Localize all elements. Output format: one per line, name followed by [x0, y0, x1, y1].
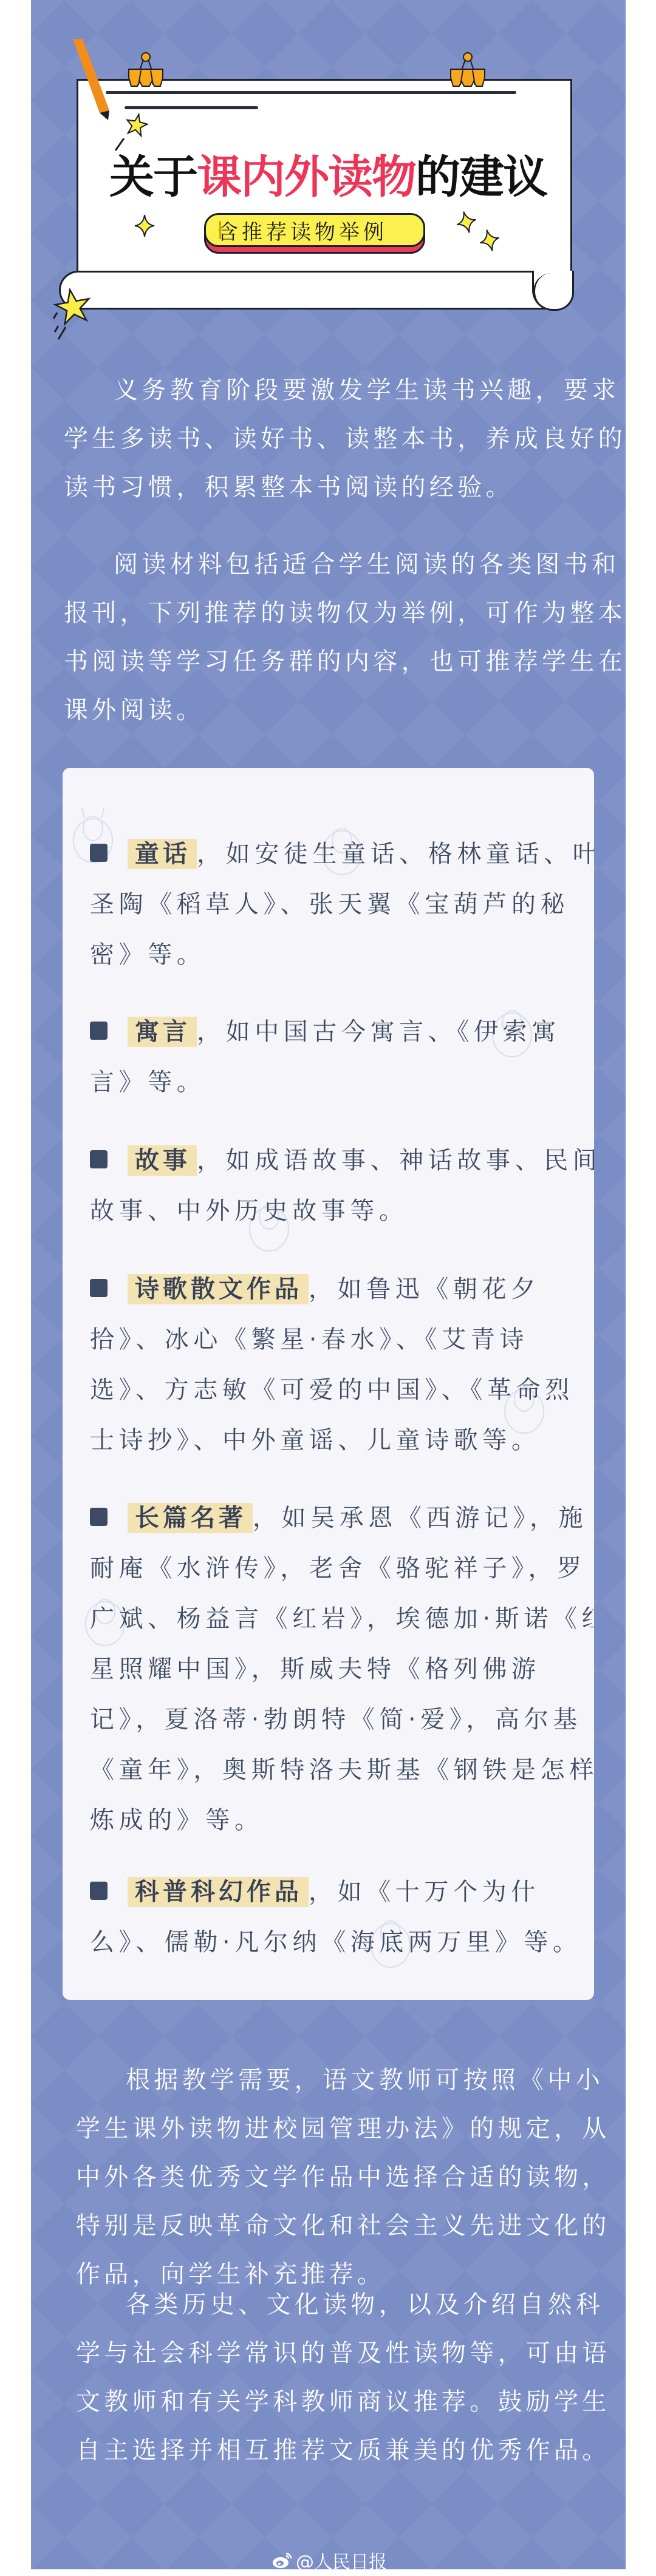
list-item-text: ，如安徒生童话、格林童话、叶	[197, 840, 594, 868]
text-line: 学与社会科学常识的普及性读物等，可由语	[76, 2329, 610, 2378]
square-bullet-icon	[90, 1279, 108, 1297]
text-line: 特别是反映革命文化和社会主义先进文化的	[76, 2201, 610, 2250]
text-line: 选》、方志敏《可爱的中国》、《革命烈	[90, 1365, 576, 1415]
list-item-stories: 故事，如成语故事、神话故事、民间 故事、中外历史故事等。	[90, 1136, 576, 1236]
text-line: 《童年》，奥斯特洛夫斯基《钢铁是怎样	[90, 1745, 576, 1795]
square-bullet-icon	[90, 1508, 108, 1526]
sparkle-icon	[134, 214, 155, 238]
text-line: 学生课外读物进校园管理办法》的规定，从	[76, 2104, 610, 2153]
text-line: 密》等。	[90, 930, 576, 980]
text-line: 故事、中外历史故事等。	[90, 1186, 576, 1236]
list-item-text: ，如鲁迅《朝花夕	[309, 1275, 540, 1303]
square-bullet-icon	[90, 1022, 108, 1040]
sparkle-icon	[456, 210, 477, 234]
category-tag: 寓言	[128, 1017, 197, 1047]
category-tag: 故事	[128, 1145, 197, 1176]
list-item-fairy-tales: 童话，如安徒生童话、格林童话、叶 圣陶《稻草人》、张天翼《宝葫芦的秘 密》等。	[90, 829, 576, 980]
text-line: 星照耀中国》，斯威夫特《格列佛游	[90, 1644, 576, 1695]
list-item-text: ，如中国古今寓言、《伊索寓	[197, 1018, 561, 1046]
list-item-first-line: 诗歌散文作品，如鲁迅《朝花夕	[90, 1264, 576, 1315]
square-bullet-icon	[90, 1150, 108, 1168]
category-tag: 童话	[128, 839, 197, 869]
paper-rule-line	[106, 91, 516, 94]
list-item-first-line: 长篇名著，如吴承恩《西游记》，施	[90, 1493, 576, 1544]
text-line: 圣陶《稻草人》、张天翼《宝葫芦的秘	[90, 880, 576, 930]
text-line: 报刊，下列推荐的读物仅为举例，可作为整本	[64, 589, 626, 637]
text-line: 读书习惯，积累整本书阅读的经验。	[64, 463, 626, 512]
list-item-fables: 寓言，如中国古今寓言、《伊索寓 言》等。	[90, 1007, 576, 1108]
text-line: 各类历史、文化读物，以及介绍自然科	[76, 2280, 610, 2329]
text-line: 学生多读书、读好书、读整本书，养成良好的	[64, 415, 626, 463]
star-icon	[50, 288, 95, 340]
weibo-icon	[272, 2551, 293, 2569]
subtitle-pill: 含推荐读物举例	[204, 213, 425, 247]
text-line: 自主选择并相互推荐文质兼美的优秀作品。	[76, 2426, 610, 2475]
text-line: 书阅读等学习任务群的内容，也可推荐学生在	[64, 637, 626, 686]
list-item-text: ，如吴承恩《西游记》，施	[253, 1504, 587, 1532]
star-icon	[109, 113, 152, 155]
text-line: 文教师和有关学科教师商议推荐。鼓励学生	[76, 2378, 610, 2426]
binder-clip-icon	[448, 51, 487, 89]
intro-paragraph-1: 义务教育阶段要激发学生读书兴趣，要求 学生多读书、读好书、读整本书，养成良好的 …	[64, 366, 626, 512]
intro-paragraph-2: 阅读材料包括适合学生阅读的各类图书和 报刊，下列推荐的读物仅为举例，可作为整本 …	[64, 540, 626, 734]
text-line: 耐庵《水浒传》，老舍《骆驼祥子》，罗	[90, 1544, 576, 1594]
text-line: 么》、儒勒·凡尔纳《海底两万里》等。	[90, 1917, 576, 1968]
list-item-first-line: 故事，如成语故事、神话故事、民间	[90, 1136, 576, 1186]
title-suffix: 的建议	[415, 151, 547, 203]
list-item-first-line: 科普科幻作品，如《十万个为什	[90, 1867, 576, 1917]
category-tag: 长篇名著	[128, 1503, 253, 1533]
paper-roll	[59, 271, 545, 310]
text-line: 士诗抄》、中外童谣、儿童诗歌等。	[90, 1415, 576, 1466]
title-accent: 课内外读物	[197, 151, 415, 203]
watermark-text: @人民日报	[296, 2547, 387, 2574]
text-line: 阅读材料包括适合学生阅读的各类图书和	[64, 540, 626, 589]
list-item-first-line: 寓言，如中国古今寓言、《伊索寓	[90, 1007, 576, 1057]
list-item-text: ，如成语故事、神话故事、民间	[197, 1147, 594, 1174]
text-line: 义务教育阶段要激发学生读书兴趣，要求	[64, 366, 626, 415]
text-line: 记》，夏洛蒂·勃朗特《简·爱》，高尔基	[90, 1695, 576, 1745]
list-item-poetry-prose: 诗歌散文作品，如鲁迅《朝花夕 拾》、冰心《繁星·春水》、《艾青诗 选》、方志敏《…	[90, 1264, 576, 1466]
square-bullet-icon	[90, 1882, 108, 1900]
text-line: 广斌、杨益言《红岩》，埃德加·斯诺《红	[90, 1594, 576, 1644]
list-item-popular-science-scifi: 科普科幻作品，如《十万个为什 么》、儒勒·凡尔纳《海底两万里》等。	[90, 1867, 576, 1968]
title-prefix: 关于	[109, 151, 197, 203]
text-line: 拾》、冰心《繁星·春水》、《艾青诗	[90, 1315, 576, 1365]
binder-clip-icon	[126, 51, 165, 89]
text-line: 炼成的》等。	[90, 1795, 576, 1846]
outro-paragraph-1: 根据教学需要，语文教师可按照《中小 学生课外读物进校园管理办法》的规定，从 中外…	[76, 2056, 610, 2299]
text-line: 中外各类优秀文学作品中选择合适的读物，	[76, 2153, 610, 2201]
list-item-classic-novels: 长篇名著，如吴承恩《西游记》，施 耐庵《水浒传》，老舍《骆驼祥子》，罗 广斌、杨…	[90, 1493, 576, 1846]
list-item-first-line: 童话，如安徒生童话、格林童话、叶	[90, 829, 576, 880]
category-tag: 科普科幻作品	[128, 1877, 309, 1907]
text-line: 言》等。	[90, 1057, 576, 1108]
category-tag: 诗歌散文作品	[128, 1274, 309, 1304]
outro-paragraph-2: 各类历史、文化读物，以及介绍自然科 学与社会科学常识的普及性读物等，可由语 文教…	[76, 2280, 610, 2475]
recommended-reading-card: 童话，如安徒生童话、格林童话、叶 圣陶《稻草人》、张天翼《宝葫芦的秘 密》等。 …	[63, 768, 594, 2000]
paper-rule-line-short	[125, 106, 258, 109]
page-title: 关于课内外读物的建议	[85, 152, 571, 203]
square-bullet-icon	[90, 844, 108, 862]
text-line: 课外阅读。	[64, 686, 626, 734]
text-line: 根据教学需要，语文教师可按照《中小	[76, 2056, 610, 2104]
sparkle-icon	[479, 228, 501, 253]
list-item-text: ，如《十万个为什	[309, 1878, 540, 1906]
source-watermark: @人民日报	[272, 2547, 387, 2574]
header-illustration: 关于课内外读物的建议 含推荐读物举例	[0, 0, 656, 340]
